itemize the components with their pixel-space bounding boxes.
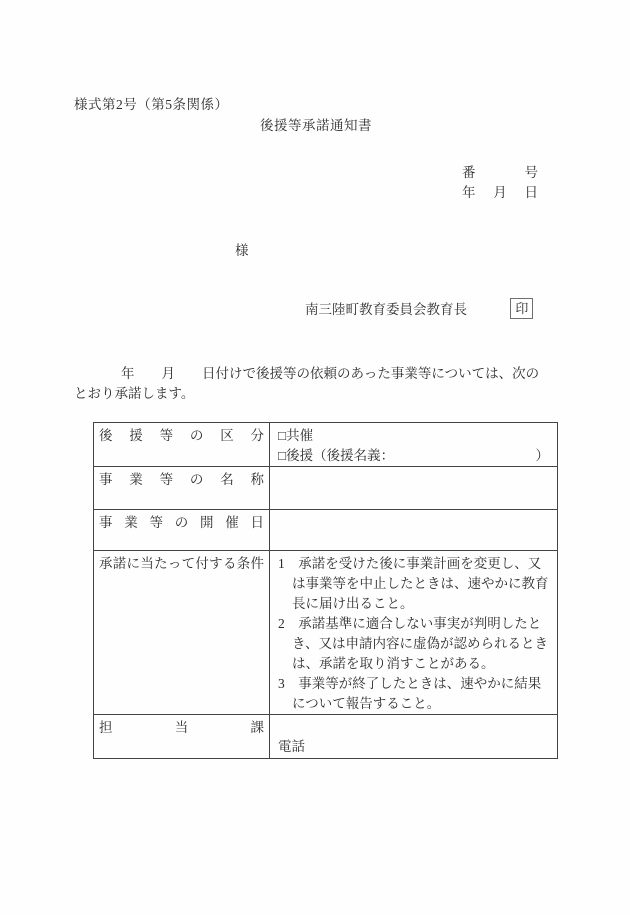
table-row-project-name: 事 業 等 の 名 称 [94,467,558,510]
document-page: 様式第2号（第5条関係） 後援等承諾通知書 番 号 年 月 日 様 南三陸町教育… [0,0,630,915]
section-label: 担 当 課 [94,715,270,759]
phone-label: 電話 [278,737,549,757]
section-name-blank [278,718,549,737]
project-name-label: 事 業 等 の 名 称 [94,467,270,510]
sponsor-option-text: □後援（後援名義： [278,446,394,466]
table-row-event-date: 事 業 等 の 開 催 日 [94,510,558,551]
conditions-label: 承諾に当たって付する条件 [94,551,270,715]
condition-item-1: 1 承諾を受けた後に事業計画を変更し、又は事業等を中止したときは、速やかに教育長… [278,554,549,614]
category-label: 後 援 等 の 区 分 [94,423,270,467]
event-date-label: 事 業 等 の 開 催 日 [94,510,270,551]
sponsor-name-close-paren: ） [536,446,550,466]
reference-block: 番 号 年 月 日 [462,163,538,203]
table-row-conditions: 承諾に当たって付する条件 1 承諾を受けた後に事業計画を変更し、又は事業等を中止… [94,551,558,715]
table-row-category: 後 援 等 の 区 分 □共催 □後援（後援名義： ） [94,423,558,467]
doc-number-label: 番 [462,163,476,183]
event-date-cell [270,510,558,551]
date-year-label: 年 [462,183,476,203]
section-cell: 電話 [270,715,558,759]
doc-number-suffix: 号 [525,163,539,183]
date-line: 年 月 日 [462,183,538,203]
addressee-line: 様 [74,243,558,258]
condition-item-2: 2 承諾基準に適合しない事実が判明したとき、又は申請内容に虚偽が認められるときは… [278,614,549,674]
condition-item-3: 3 事業等が終了したときは、速やかに結果について報告すること。 [278,674,549,714]
checkbox-option-sponsor: □後援（後援名義： ） [278,446,549,466]
checkbox-option-cohost: □共催 [278,426,549,446]
document-title: 後援等承諾通知書 [74,118,558,133]
issuer-line: 南三陸町教育委員会教育長 印 [74,298,558,322]
category-cell: □共催 □後援（後援名義： ） [270,423,558,467]
table-row-section: 担 当 課 電話 [94,715,558,759]
addressee-honorific: 様 [235,243,249,258]
conditions-cell: 1 承諾を受けた後に事業計画を変更し、又は事業等を中止したときは、速やかに教育長… [270,551,558,715]
date-day-label: 日 [525,183,539,203]
issuer-title: 南三陸町教育委員会教育長 [305,302,467,317]
form-number: 様式第2号（第5条関係） [74,97,558,112]
body-paragraph: 年 月 日付けで後援等の依頼のあった事業等については、次のとおり承諾します。 [74,364,546,404]
seal-box: 印 [510,298,533,319]
doc-number-line: 番 号 [462,163,538,183]
date-month-label: 月 [493,183,507,203]
approval-table: 後 援 等 の 区 分 □共催 □後援（後援名義： ） 事 業 等 の 名 称 … [93,422,558,759]
project-name-cell [270,467,558,510]
